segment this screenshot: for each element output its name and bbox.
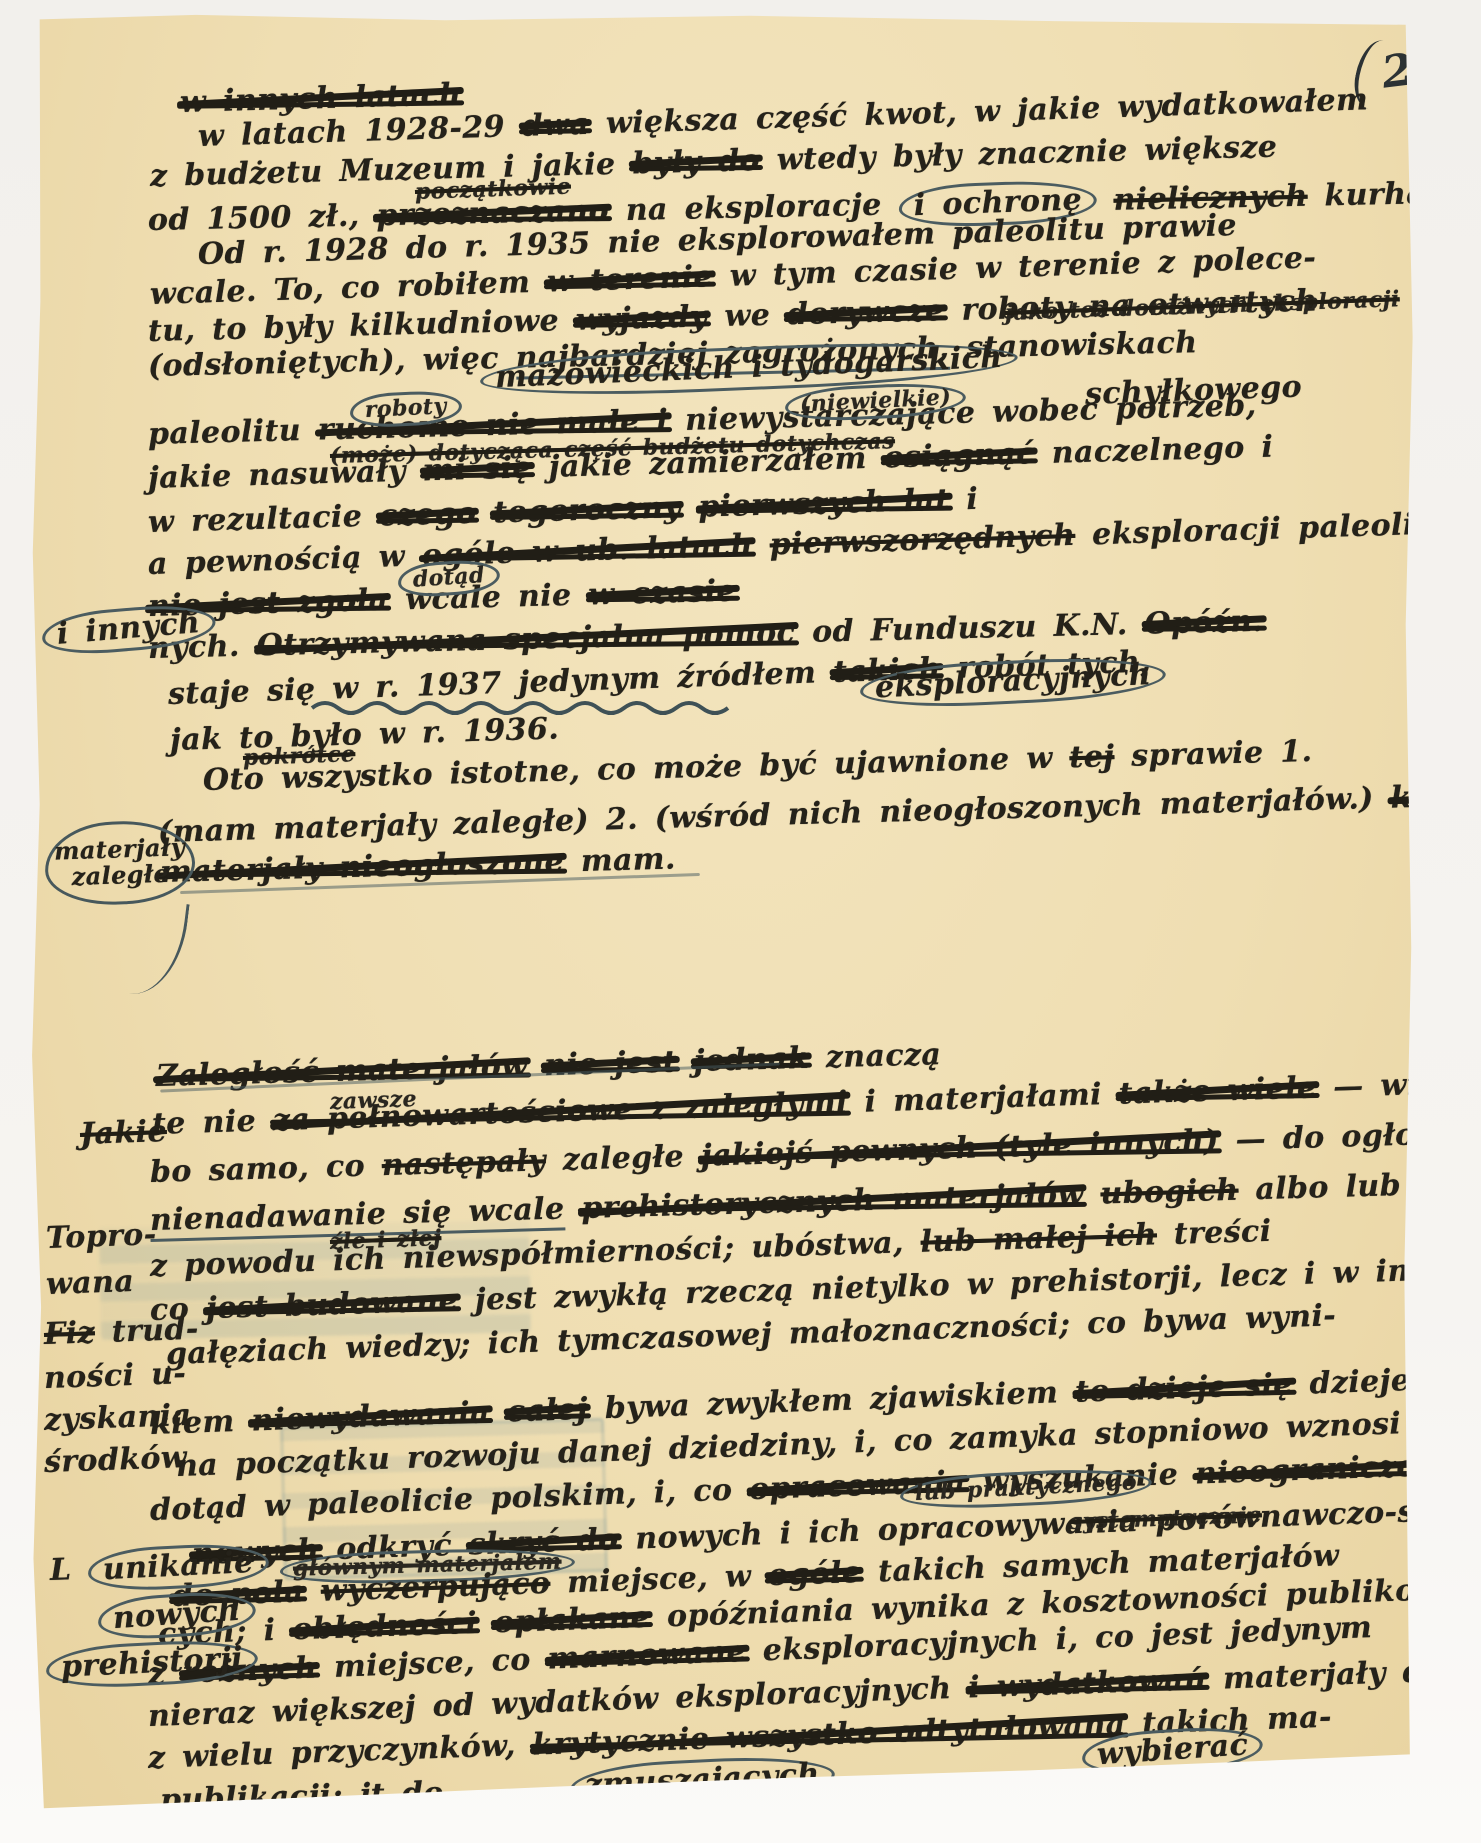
handwriting-segment: osiągnąć — [883, 436, 1035, 475]
handwriting-segment: jak to było w r. 1936. — [169, 711, 559, 758]
margin-note: Fiz trud- — [43, 1313, 199, 1351]
handwriting-segment: wana — [45, 1264, 134, 1302]
handwriting-segment: także wiele — [1118, 1070, 1317, 1111]
handwriting-segment: i — [949, 482, 979, 518]
handwriting-segment: Fiz — [43, 1315, 95, 1352]
interline-insertion: dotąd — [397, 559, 501, 598]
handwriting-segment: jakiejś pewnych (tyle innych) — [700, 1123, 1219, 1173]
interline-insertion: roboty — [349, 390, 462, 428]
handwriting-segment: wyjazdy — [575, 299, 708, 337]
handwriting-segment: trud- — [94, 1312, 199, 1351]
handwriting-segment: dzieje się — [1292, 1361, 1476, 1402]
manuscript-paper-sheet: 2 w innych latach w latach 1928-29 dwa w… — [30, 14, 1414, 1810]
handwriting-segment: ności u- — [43, 1356, 186, 1396]
handwriting-segment: (odsłoniętych), więc — [148, 341, 516, 384]
handwriting-segment: zawsze — [330, 1086, 418, 1115]
handwriting-segment: od Funduszu K.N. — [795, 607, 1145, 651]
handwriting-segment: prehistorji — [45, 1637, 259, 1690]
handwriting-segment: znaczą — [809, 1037, 942, 1076]
handwriting-segment: zyskania — [43, 1398, 192, 1438]
handwriting-segment: pierwszorzędnych — [769, 518, 1076, 563]
handwriting-segment: w czasie — [588, 574, 736, 613]
margin-note: środków — [43, 1441, 187, 1479]
handwriting-segment: roboty — [349, 389, 462, 429]
handwriting-segment: naczelnego i — [1034, 430, 1273, 472]
interline-insertion: zawsze — [330, 1087, 418, 1114]
margin-note: Topro- — [45, 1218, 157, 1255]
margin-note: nowych — [97, 1590, 257, 1641]
handwriting-segment: we — [707, 297, 787, 334]
handwriting-segment — [303, 1574, 321, 1610]
handwriting-segment: publikacji; jt do — [160, 1776, 445, 1818]
handwriting-segment: pierwszych lat — [698, 483, 950, 525]
handwriting-segment: czego — [379, 496, 477, 534]
handwriting-segment: Otrzymywana specjalna pomoc — [256, 615, 796, 663]
handwriting-segment: kurhanach. — [1307, 174, 1481, 213]
margin-note-balloon: materjały zaległe — [44, 819, 197, 907]
manuscript-line: jak to było w r. 1936. — [170, 712, 560, 757]
manuscript-scan: 2 w innych latach w latach 1928-29 dwa w… — [0, 0, 1481, 1843]
handwriting-segment: środków — [43, 1440, 187, 1480]
handwriting-segment: bo samo, co — [149, 1148, 382, 1190]
handwriting-segment: unikanie — [87, 1541, 270, 1593]
handwriting-segment: to dzieje się — [1074, 1367, 1293, 1410]
handwriting-segment: źle i złej — [330, 1225, 442, 1255]
handwriting-segment: L — [49, 1552, 89, 1588]
handwriting-segment: Opóźn. — [1144, 604, 1264, 642]
handwriting-segment: Jakie — [79, 1114, 167, 1152]
handwriting-segment — [1083, 1176, 1101, 1211]
manuscript-line: publikacji; jt do — [160, 1777, 445, 1817]
handwriting-segment: z wielu przyczynków, — [147, 1728, 533, 1776]
handwriting-segment: wyczerpująco — [320, 1566, 551, 1609]
handwriting-segment: nie jest — [544, 1044, 678, 1083]
handwriting-segment: i materjałami — [847, 1077, 1119, 1120]
handwriting-segment: paleolitu — [148, 413, 319, 452]
handwriting-segment: wtedy były znacznie większe — [759, 129, 1277, 178]
handwriting-segment: ogóle — [767, 1555, 862, 1593]
handwriting-segment: prehistorycznych materjałów — [581, 1177, 1084, 1226]
circled-phrase: zmuszających — [569, 1755, 835, 1807]
handwriting-segment: albo lub — [1238, 1168, 1418, 1208]
handwriting-segment: miejsce, w — [550, 1558, 769, 1601]
handwriting-segment: obłędności — [292, 1606, 478, 1647]
handwriting-segment: miejsce, co — [316, 1642, 548, 1686]
handwriting-segment: w terenie — [546, 259, 713, 299]
handwriting-segment: lub małej ich — [920, 1217, 1157, 1259]
handwriting-segment: bywa zwykłem zjawiskiem — [587, 1375, 1075, 1427]
handwriting-segment: dotąd — [397, 558, 501, 599]
margin-note: zyskania — [43, 1399, 191, 1437]
handwriting-segment: sprawie 1. — [1114, 734, 1313, 774]
circled-phrase: wybierać — [1081, 1725, 1264, 1777]
handwriting-segment: ubogich — [1100, 1173, 1239, 1212]
handwriting-segment: te nie — [151, 1103, 273, 1142]
margin-note: ności u- — [43, 1357, 186, 1395]
handwriting-segment: i wydatkowań — [968, 1662, 1207, 1705]
interline-insertion: (niewielkie) — [784, 382, 966, 422]
handwriting-segment: kwestja — kwestją — [1390, 772, 1481, 816]
handwriting-segment: w rezultacie — [148, 499, 380, 540]
handwriting-segment: materjały zaległe — [54, 832, 186, 891]
handwriting-segment: nieograniczonego — [1194, 1446, 1481, 1492]
handwriting-segment: Topro- — [45, 1217, 157, 1256]
interline-insertion: źle i złej — [330, 1226, 442, 1254]
handwriting-segment: tej — [1069, 739, 1115, 775]
margin-note: wana — [45, 1265, 134, 1301]
handwriting-segment: — wiadomości — [1316, 1062, 1481, 1105]
handwriting-segment: — do ogłoszenia — [1218, 1114, 1481, 1158]
handwriting-segment: zaległe — [545, 1139, 701, 1179]
handwriting-segment: następały — [381, 1143, 546, 1183]
wavy-strike-mark — [310, 698, 740, 716]
handwriting-segment: zmuszających — [569, 1753, 836, 1809]
handwriting-segment: materjały do — [1206, 1654, 1445, 1697]
handwriting-segment: materjały nieogłoszone — [160, 844, 565, 890]
handwriting-segment: innych — [1417, 1164, 1481, 1202]
margin-note: Jakie — [79, 1115, 167, 1151]
margin-note: prehistorji — [45, 1639, 259, 1689]
page-number: 2 — [1379, 44, 1416, 98]
margin-note: L unikanie — [49, 1542, 269, 1593]
handwriting-segment: dwa — [521, 107, 590, 144]
handwriting-segment: tegoroczny — [493, 490, 682, 530]
handwriting-segment: treści — [1156, 1214, 1272, 1253]
handwriting-segment: eksploracji paleolitycz- — [1075, 505, 1481, 553]
handwriting-segment — [752, 527, 770, 563]
handwriting-segment: a pewnością w — [147, 538, 422, 582]
handwriting-segment: jednak — [693, 1041, 809, 1079]
handwriting-segment: opłakane — [493, 1600, 650, 1640]
handwriting-segment: całej — [506, 1392, 588, 1430]
handwriting-segment: były do — [632, 143, 760, 181]
handwriting-segment: dorywcze — [787, 293, 946, 332]
handwriting-segment: marnowane — [547, 1634, 747, 1677]
